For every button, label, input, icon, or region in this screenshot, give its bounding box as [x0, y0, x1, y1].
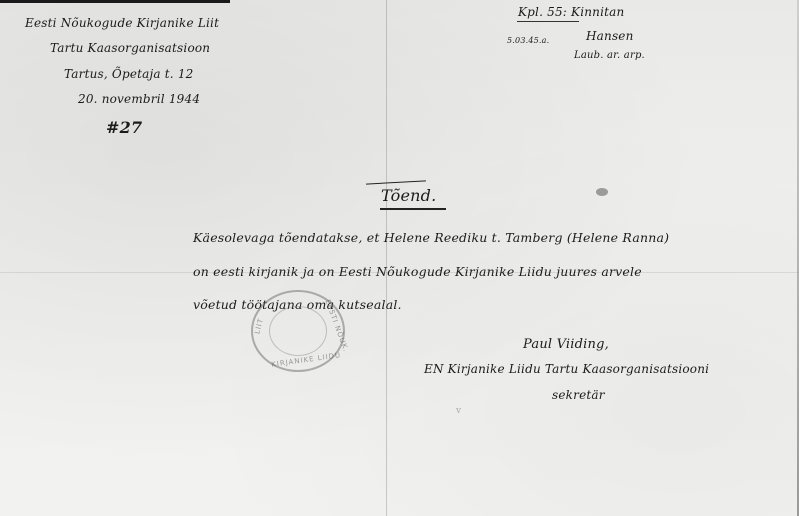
- signatory-name: Paul Viiding,: [523, 337, 609, 352]
- title-overline: [366, 180, 426, 184]
- header-date: 20. novembril 1944: [78, 92, 200, 106]
- body-line-1: Käesolevaga tõendatakse, et Helene Reedi…: [193, 230, 669, 245]
- title-underline: [380, 208, 446, 210]
- header-address: Tartus, Õpetaja t. 12: [64, 67, 194, 81]
- ink-smudge: [596, 188, 608, 196]
- signatory-role: sekretär: [552, 388, 605, 402]
- reference-note-line3: Laub. ar. arp.: [574, 50, 645, 61]
- document-page: Eesti Nõukogude Kirjanike Liit Tartu Kaa…: [0, 0, 799, 516]
- reference-note-signature: Hansen: [586, 29, 634, 43]
- reference-note-line1: Kpl. 55: Kinnitan: [518, 5, 624, 19]
- header-org-name: Eesti Nõukogude Kirjanike Liit: [25, 16, 219, 30]
- fold-line-vertical: [386, 0, 387, 516]
- stamp-emblem: [269, 306, 327, 356]
- document-title: Tõend.: [381, 186, 436, 205]
- reference-note-date: 5.03.45.a.: [507, 36, 549, 45]
- stamp-text-left: LIIT: [253, 317, 265, 335]
- reference-underline: [517, 21, 579, 22]
- photo-edge-top: [0, 0, 230, 3]
- header-org-branch: Tartu Kaasorganisatsioon: [50, 41, 210, 55]
- body-line-2: on eesti kirjanik ja on Eesti Nõukogude …: [193, 264, 642, 279]
- header-number: #27: [106, 118, 142, 137]
- signatory-organization: EN Kirjanike Liidu Tartu Kaasorganisatsi…: [424, 362, 709, 376]
- check-mark: v: [456, 406, 461, 416]
- official-stamp: EESTI NÕUK. KIRJANIKE LIIDU LIIT: [251, 290, 345, 372]
